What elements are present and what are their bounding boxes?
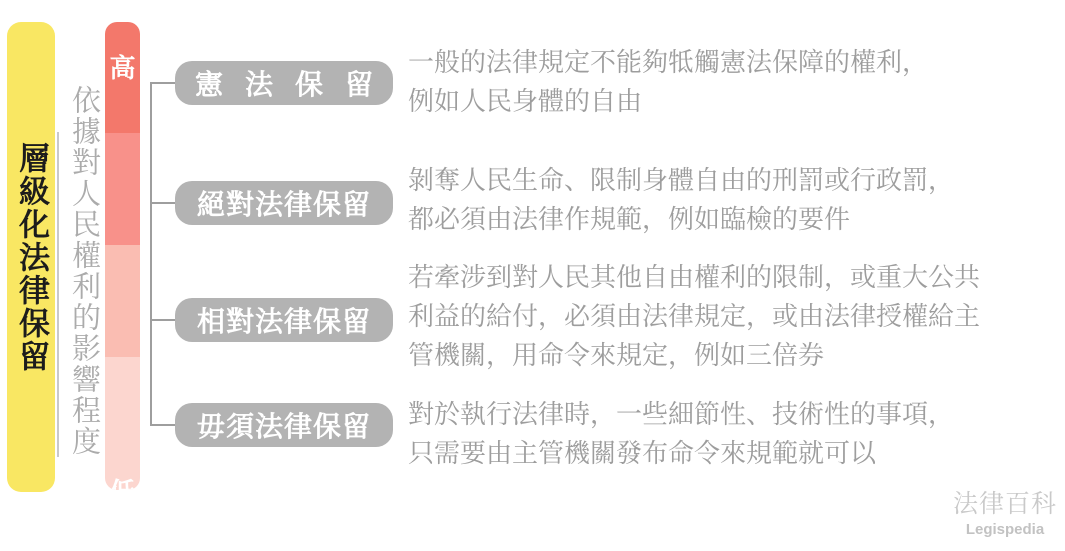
infographic-hierarchical-legal-reservation: 層級化法律保留 依據對人民權利的影響程度 高 低 憲法保留 絕對法律保留 相對法… bbox=[0, 0, 1065, 551]
category-pill-constitutional-reservation: 憲法保留 bbox=[175, 61, 393, 105]
bracket-tick-1 bbox=[150, 82, 176, 84]
category-label: 絕對法律保留 bbox=[197, 183, 371, 223]
caption-rule bbox=[57, 132, 59, 457]
axis-caption: 依據對人民權利的影響程度 bbox=[66, 85, 102, 465]
bracket-tick-3 bbox=[150, 319, 176, 321]
page-title: 層級化法律保留 bbox=[7, 142, 55, 373]
intensity-scale-bar: 高 低 bbox=[105, 22, 140, 490]
bracket-vertical-line bbox=[150, 82, 152, 426]
bracket-tick-4 bbox=[150, 424, 176, 426]
scale-low-label: 低 bbox=[105, 472, 140, 490]
description-absolute-legal-reservation: 剝奪人民生命、限制身體自由的刑罰或行政罰， 都必須由法律作規範，例如臨檢的要件 bbox=[408, 161, 1063, 239]
title-bar: 層級化法律保留 bbox=[7, 22, 55, 492]
description-relative-legal-reservation: 若牽涉到對人民其他自由權利的限制，或重大公共 利益的給付，必須由法律規定，或由法… bbox=[408, 258, 1063, 375]
category-pill-absolute-legal-reservation: 絕對法律保留 bbox=[175, 181, 393, 225]
scale-segment-mid-low bbox=[105, 245, 140, 357]
logo-text-zh: 法律百科 bbox=[950, 484, 1060, 520]
category-label: 相對法律保留 bbox=[197, 300, 371, 340]
logo-text-en: Legispedia bbox=[950, 521, 1060, 538]
scale-segment-low bbox=[105, 357, 140, 490]
category-pill-no-legal-reservation: 毋須法律保留 bbox=[175, 403, 393, 447]
site-logo: 法律百科 Legispedia bbox=[950, 484, 1060, 538]
scale-segment-mid-high bbox=[105, 133, 140, 245]
description-constitutional-reservation: 一般的法律規定不能夠牴觸憲法保障的權利， 例如人民身體的自由 bbox=[408, 43, 1063, 121]
bracket-tick-2 bbox=[150, 202, 176, 204]
category-label: 憲法保留 bbox=[195, 63, 395, 103]
scale-high-label: 高 bbox=[105, 48, 140, 85]
description-no-legal-reservation: 對於執行法律時，一些細節性、技術性的事項， 只需要由主管機關發布命令來規範就可以 bbox=[408, 395, 1063, 473]
category-label: 毋須法律保留 bbox=[197, 405, 371, 445]
category-pill-relative-legal-reservation: 相對法律保留 bbox=[175, 298, 393, 342]
